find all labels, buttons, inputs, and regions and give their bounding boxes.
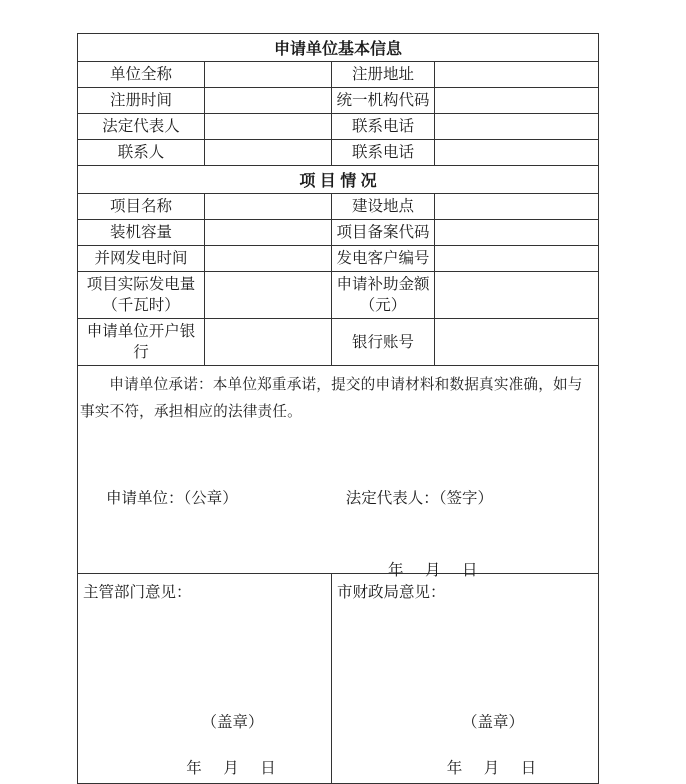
field-value-project-filing-code xyxy=(435,220,599,246)
field-label-org-code: 统一机构代码 xyxy=(332,88,435,114)
field-value-unit-full-name xyxy=(205,62,332,88)
form-row-registration: 注册时间 统一机构代码 xyxy=(78,88,599,114)
form-row-grid-connection: 并网发电时间 发电客户编号 xyxy=(78,246,599,272)
field-value-grid-connection-time xyxy=(205,246,332,272)
field-value-installed-capacity xyxy=(205,220,332,246)
form-row-project-name: 项目名称 建设地点 xyxy=(78,194,599,220)
section-unit-info-header-row: 申请单位基本信息 xyxy=(78,34,599,62)
field-label-unit-full-name: 单位全称 xyxy=(78,62,205,88)
document-page: 申请单位基本信息 单位全称 注册地址 注册时间 统一机构代码 法定代表人 联系电… xyxy=(0,0,686,781)
form-row-bank: 申请单位开户银行 银行账号 xyxy=(78,319,599,366)
field-value-contact-person xyxy=(205,140,332,166)
form-row-unit-name: 单位全称 注册地址 xyxy=(78,62,599,88)
finance-opinion-cell: 市财政局意见： （盖章） 年 月 日 xyxy=(332,574,599,784)
field-label-power-customer-number: 发电客户编号 xyxy=(332,246,435,272)
field-label-contact-phone-2: 联系电话 xyxy=(332,140,435,166)
form-row-contact-person: 联系人 联系电话 xyxy=(78,140,599,166)
field-label-construction-site: 建设地点 xyxy=(332,194,435,220)
field-label-contact-person: 联系人 xyxy=(78,140,205,166)
dept-opinion-title: 主管部门意见： xyxy=(78,574,331,602)
form-row-legal-rep: 法定代表人 联系电话 xyxy=(78,114,599,140)
field-value-bank-account xyxy=(435,319,599,366)
field-label-contact-phone-1: 联系电话 xyxy=(332,114,435,140)
applicant-seal-label: 申请单位：（公章） xyxy=(106,486,238,508)
field-value-subsidy-amount-yuan xyxy=(435,272,599,319)
application-form-table: 申请单位基本信息 单位全称 注册地址 注册时间 统一机构代码 法定代表人 联系电… xyxy=(77,33,599,784)
field-value-contact-phone-1 xyxy=(435,114,599,140)
section-project-title: 项 目 情 况 xyxy=(78,166,599,194)
section-project-header-row: 项 目 情 况 xyxy=(78,166,599,194)
field-value-applicant-bank xyxy=(205,319,332,366)
finance-seal-label: （盖章） xyxy=(332,710,598,732)
legal-representative-sign-label: 法定代表人：（签字） xyxy=(346,486,493,508)
field-label-subsidy-amount-yuan: 申请补助金额 （元） xyxy=(332,272,435,319)
field-value-legal-representative xyxy=(205,114,332,140)
field-value-contact-phone-2 xyxy=(435,140,599,166)
field-label-legal-representative: 法定代表人 xyxy=(78,114,205,140)
commitment-text: 申请单位承诺：本单位郑重承诺，提交的申请材料和数据真实准确，如与事实不符，承担相… xyxy=(80,372,596,426)
finance-date-line: 年 月 日 xyxy=(332,756,598,778)
field-value-org-code xyxy=(435,88,599,114)
opinions-row: 主管部门意见： （盖章） 年 月 日 市财政局意见： （盖章） 年 月 日 xyxy=(78,574,599,784)
dept-opinion-cell: 主管部门意见： （盖章） 年 月 日 xyxy=(78,574,332,784)
field-label-installed-capacity: 装机容量 xyxy=(78,220,205,246)
field-value-actual-generation-kwh xyxy=(205,272,332,319)
field-label-applicant-bank: 申请单位开户银行 xyxy=(78,319,205,366)
field-label-registration-time: 注册时间 xyxy=(78,88,205,114)
field-label-registered-address: 注册地址 xyxy=(332,62,435,88)
field-value-power-customer-number xyxy=(435,246,599,272)
field-label-bank-account: 银行账号 xyxy=(332,319,435,366)
finance-opinion-title: 市财政局意见： xyxy=(332,574,598,602)
form-row-installed-capacity: 装机容量 项目备案代码 xyxy=(78,220,599,246)
field-value-registered-address xyxy=(435,62,599,88)
field-label-project-filing-code: 项目备案代码 xyxy=(332,220,435,246)
section-unit-info-title: 申请单位基本信息 xyxy=(78,34,599,62)
signature-row: 申请单位：（公章） 法定代表人：（签字） xyxy=(106,486,493,508)
field-label-project-name: 项目名称 xyxy=(78,194,205,220)
commitment-cell: 申请单位承诺：本单位郑重承诺，提交的申请材料和数据真实准确，如与事实不符，承担相… xyxy=(78,366,599,574)
field-label-actual-generation-kwh: 项目实际发电量 （千瓦时） xyxy=(78,272,205,319)
field-value-project-name xyxy=(205,194,332,220)
field-value-registration-time xyxy=(205,88,332,114)
dept-seal-label: （盖章） xyxy=(78,710,331,732)
dept-date-line: 年 月 日 xyxy=(78,756,331,778)
commitment-row: 申请单位承诺：本单位郑重承诺，提交的申请材料和数据真实准确，如与事实不符，承担相… xyxy=(78,366,599,574)
field-label-grid-connection-time: 并网发电时间 xyxy=(78,246,205,272)
field-value-construction-site xyxy=(435,194,599,220)
form-row-generation-subsidy: 项目实际发电量 （千瓦时） 申请补助金额 （元） xyxy=(78,272,599,319)
